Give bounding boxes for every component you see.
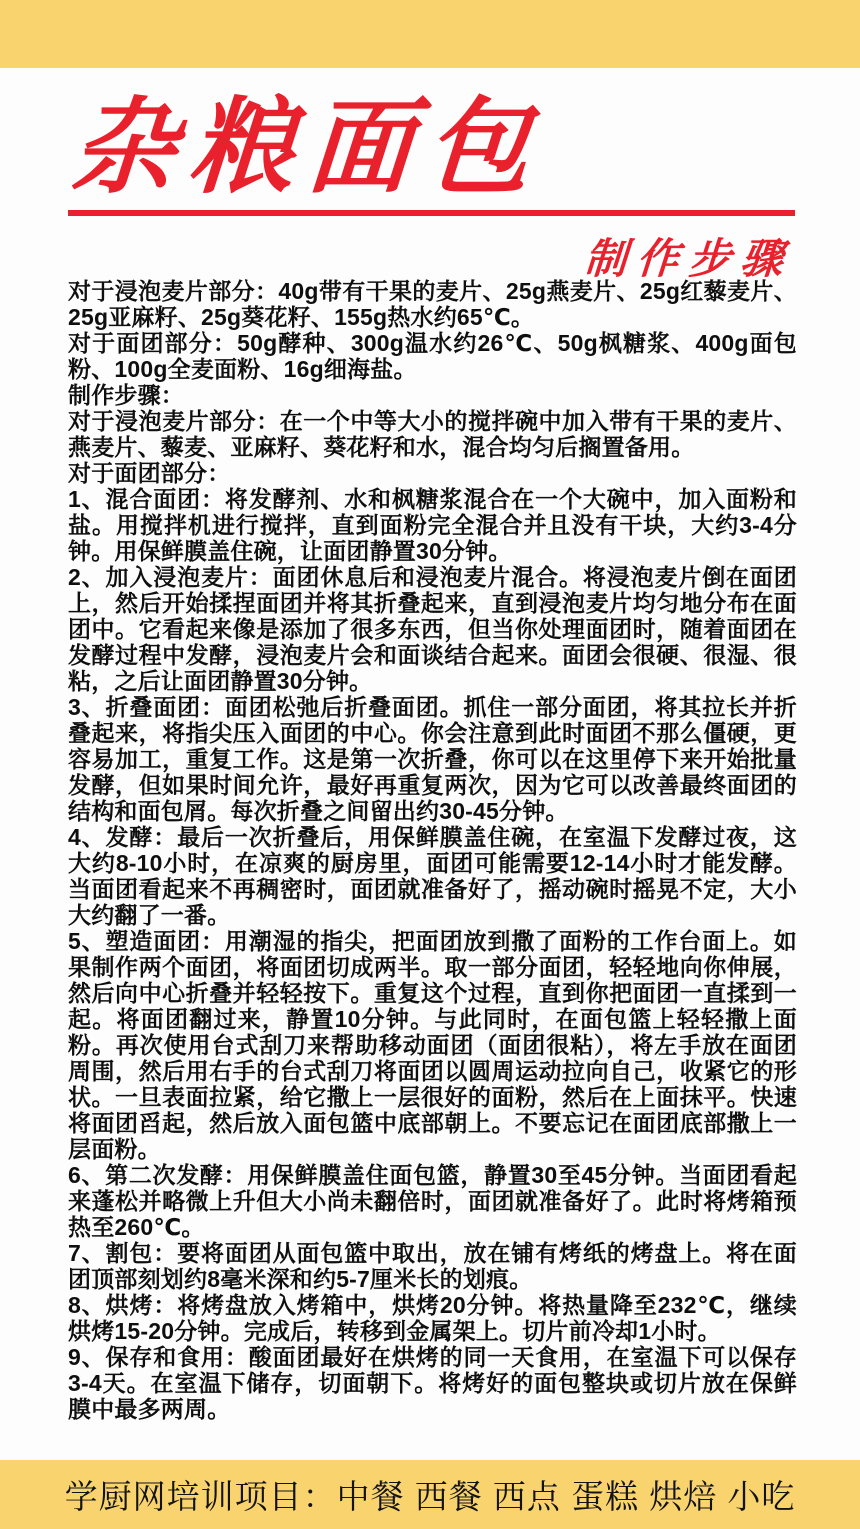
top-banner bbox=[0, 0, 860, 68]
header: 杂粮面包 制作步骤 bbox=[68, 68, 795, 286]
step-9-store-and-eat: 9、保存和食用：酸面团最好在烘烤的同一天食用，在室温下可以保存3-4天。在室温下… bbox=[68, 1344, 797, 1422]
soaker-instructions: 对于浸泡麦片部分：在一个中等大小的搅拌碗中加入带有干果的麦片、燕麦片、藜麦、亚麻… bbox=[68, 408, 797, 460]
footer-text: 学厨网培训项目：中餐 西餐 西点 蛋糕 烘焙 小吃 bbox=[65, 1471, 796, 1518]
step-2-add-soaker: 2、加入浸泡麦片：面团休息后和浸泡麦片混合。将浸泡麦片倒在面团上，然后开始揉捏面… bbox=[68, 564, 797, 694]
page-subtitle: 制作步骤 bbox=[64, 226, 795, 286]
step-8-bake: 8、烘烤：将烤盘放入烤箱中，烘烤20分钟。将热量降至232℃，继续烘烤15-20… bbox=[68, 1292, 797, 1344]
step-4-ferment: 4、发酵：最后一次折叠后，用保鲜膜盖住碗，在室温下发酵过夜，这大约8-10小时，… bbox=[68, 824, 797, 928]
recipe-body: 对于浸泡麦片部分：40g带有干果的麦片、25g燕麦片、25g红藜麦片、25g亚麻… bbox=[68, 278, 797, 1422]
dough-section-label: 对于面团部分： bbox=[68, 460, 797, 486]
steps-heading: 制作步骤： bbox=[68, 382, 797, 408]
step-7-score: 7、割包：要将面团从面包篮中取出，放在铺有烤纸的烤盘上。将在面团顶部刻划约8毫米… bbox=[68, 1240, 797, 1292]
title-underline bbox=[68, 210, 795, 216]
soaker-ingredients: 对于浸泡麦片部分：40g带有干果的麦片、25g燕麦片、25g红藜麦片、25g亚麻… bbox=[68, 278, 797, 330]
step-5-shape-dough: 5、塑造面团：用潮湿的指尖，把面团放到撒了面粉的工作台面上。如果制作两个面团，将… bbox=[68, 928, 797, 1162]
dough-ingredients: 对于面团部分：50g酵种、300g温水约26℃、50g枫糖浆、400g面包粉、1… bbox=[68, 330, 797, 382]
page-title: 杂粮面包 bbox=[68, 96, 802, 200]
footer-banner: 学厨网培训项目：中餐 西餐 西点 蛋糕 烘焙 小吃 bbox=[0, 1460, 860, 1529]
step-3-fold-dough: 3、折叠面团：面团松弛后折叠面团。抓住一部分面团，将其拉长并折叠起来，将指尖压入… bbox=[68, 694, 797, 824]
step-6-second-proof: 6、第二次发酵：用保鲜膜盖住面包篮，静置30至45分钟。当面团看起来蓬松并略微上… bbox=[68, 1162, 797, 1240]
step-1-mix-dough: 1、混合面团：将发酵剂、水和枫糖浆混合在一个大碗中，加入面粉和盐。用搅拌机进行搅… bbox=[68, 486, 797, 564]
recipe-poster: 杂粮面包 制作步骤 对于浸泡麦片部分：40g带有干果的麦片、25g燕麦片、25g… bbox=[0, 0, 860, 1529]
